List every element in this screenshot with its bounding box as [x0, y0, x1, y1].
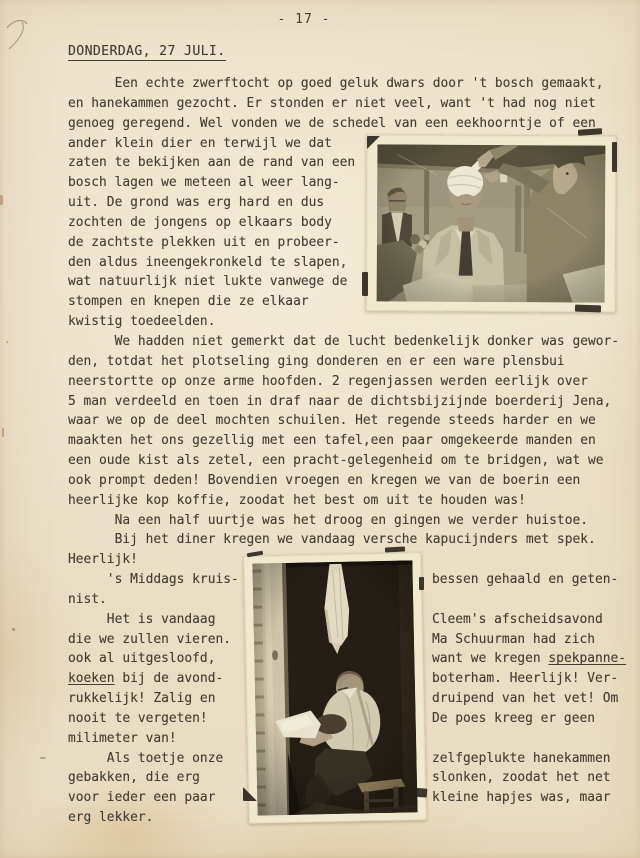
text-line: ook prompt deden! Bovendien vroegen en k…: [68, 471, 619, 491]
text-line: Het is vandaag: [68, 610, 239, 630]
text-line: ander klein dier en terwijl we dat: [68, 134, 619, 154]
text-line: maakten het ons gezellig met een tafel,e…: [68, 431, 619, 451]
pencil-mark: [2, 12, 36, 50]
text-line: Na een half uurtje was het droog en ging…: [68, 511, 619, 531]
photo-man-on-stool: [243, 552, 427, 824]
text-line: gebakken, die erg: [68, 768, 239, 788]
text-line: De poes kreeg er geen: [432, 709, 626, 729]
text-line: nooit te vergeten!: [68, 709, 239, 729]
text-line: ook al uitgesloofd,: [68, 649, 239, 669]
text-line: Ma Schuurman had zich: [432, 630, 626, 650]
text-line: nist.: [68, 590, 239, 610]
diary-left-column: 's Middags kruis-nist. Het is vandaagdie…: [68, 570, 239, 828]
photo-man-on-stool-image: [252, 560, 417, 815]
text-line: koeken bij de avond-: [68, 669, 239, 689]
text-line: [432, 590, 626, 610]
text-line: genoeg geregend. Wel vonden we de schede…: [68, 114, 619, 134]
photo-corner-mount: [243, 787, 257, 801]
diary-main-text: Een echte zwerftocht op goed geluk dwars…: [68, 74, 619, 570]
text-line: den, totdat het plotseling ging donderen…: [68, 352, 619, 372]
text-line: den aldus ineengekronkeld te slapen,: [68, 253, 619, 273]
paper-speck: [6, 341, 8, 343]
text-line: kleine hapjes was, maar: [432, 788, 626, 808]
text-line: en hanekammen gezocht. Er stonden er nie…: [68, 94, 619, 114]
text-line: een oude kist als zetel, een pracht-gele…: [68, 451, 619, 471]
diary-right-column: bessen gehaald en geten- Cleem's afschei…: [432, 570, 626, 808]
text-line: uit. De grond was erg hard en dus: [68, 193, 619, 213]
text-line: Als toetje onze: [68, 749, 239, 769]
paper-speck: [12, 628, 15, 631]
text-line: erg lekker.: [68, 808, 239, 828]
text-line: wat natuurlijk niet lukte vanwege de: [68, 272, 619, 292]
text-line: 5 man verdeeld en toen in draf naar de d…: [68, 392, 619, 412]
page-number: - 17 -: [0, 12, 624, 27]
text-line: zelfgeplukte hanekammen: [432, 749, 626, 769]
text-line: Heerlijk!: [68, 550, 619, 570]
text-line: slonken, zoodat het net: [432, 768, 626, 788]
text-line: zochten de jongens op elkaars body: [68, 213, 619, 233]
text-line: want we kregen spekpanne-: [432, 649, 626, 669]
text-line: die we zullen vieren.: [68, 630, 239, 650]
text-line: We hadden niet gemerkt dat de lucht bede…: [68, 332, 619, 352]
text-line: voor ieder een paar: [68, 788, 239, 808]
text-line: Cleem's afscheidsavond: [432, 610, 626, 630]
text-line: bessen gehaald en geten-: [432, 570, 626, 590]
photo-corner-mount: [419, 577, 424, 590]
paper-speck: [2, 428, 4, 437]
paper-speck: [40, 757, 46, 759]
paper-speck: [0, 195, 3, 205]
text-line: de zachtste plekken uit en probeer-: [68, 233, 619, 253]
text-line: boterham. Heerlijk! Ver-: [432, 669, 626, 689]
text-line: kwistig toedeelden.: [68, 312, 619, 332]
text-line: stompen en knepen die ze elkaar: [68, 292, 619, 312]
text-line: Een echte zwerftocht op goed geluk dwars…: [68, 74, 619, 94]
text-line: [432, 729, 626, 749]
text-line: heerlijke kop koffie, zoodat het best om…: [68, 491, 619, 511]
text-line: 's Middags kruis-: [68, 570, 239, 590]
photo-corner-mount: [409, 787, 428, 797]
text-line: rukkelijk! Zalig en: [68, 689, 239, 709]
text-line: neerstortte op onze arme hoofden. 2 rege…: [68, 372, 619, 392]
entry-heading: DONDERDAG, 27 JULI.: [68, 44, 226, 61]
text-line: druipend van het vet! Om: [432, 689, 626, 709]
text-line: zaten te bekijken aan de rand van een: [68, 153, 619, 173]
text-line: waar we op de deel mochten schuilen. Het…: [68, 411, 619, 431]
text-line: Bij het diner kregen we vandaag versche …: [68, 530, 619, 550]
text-line: milimeter van!: [68, 729, 239, 749]
scanned-diary-page: - 17 - DONDERDAG, 27 JULI. Een echte zwe…: [0, 0, 640, 858]
text-line: bosch lagen we meteen al weer lang-: [68, 173, 619, 193]
